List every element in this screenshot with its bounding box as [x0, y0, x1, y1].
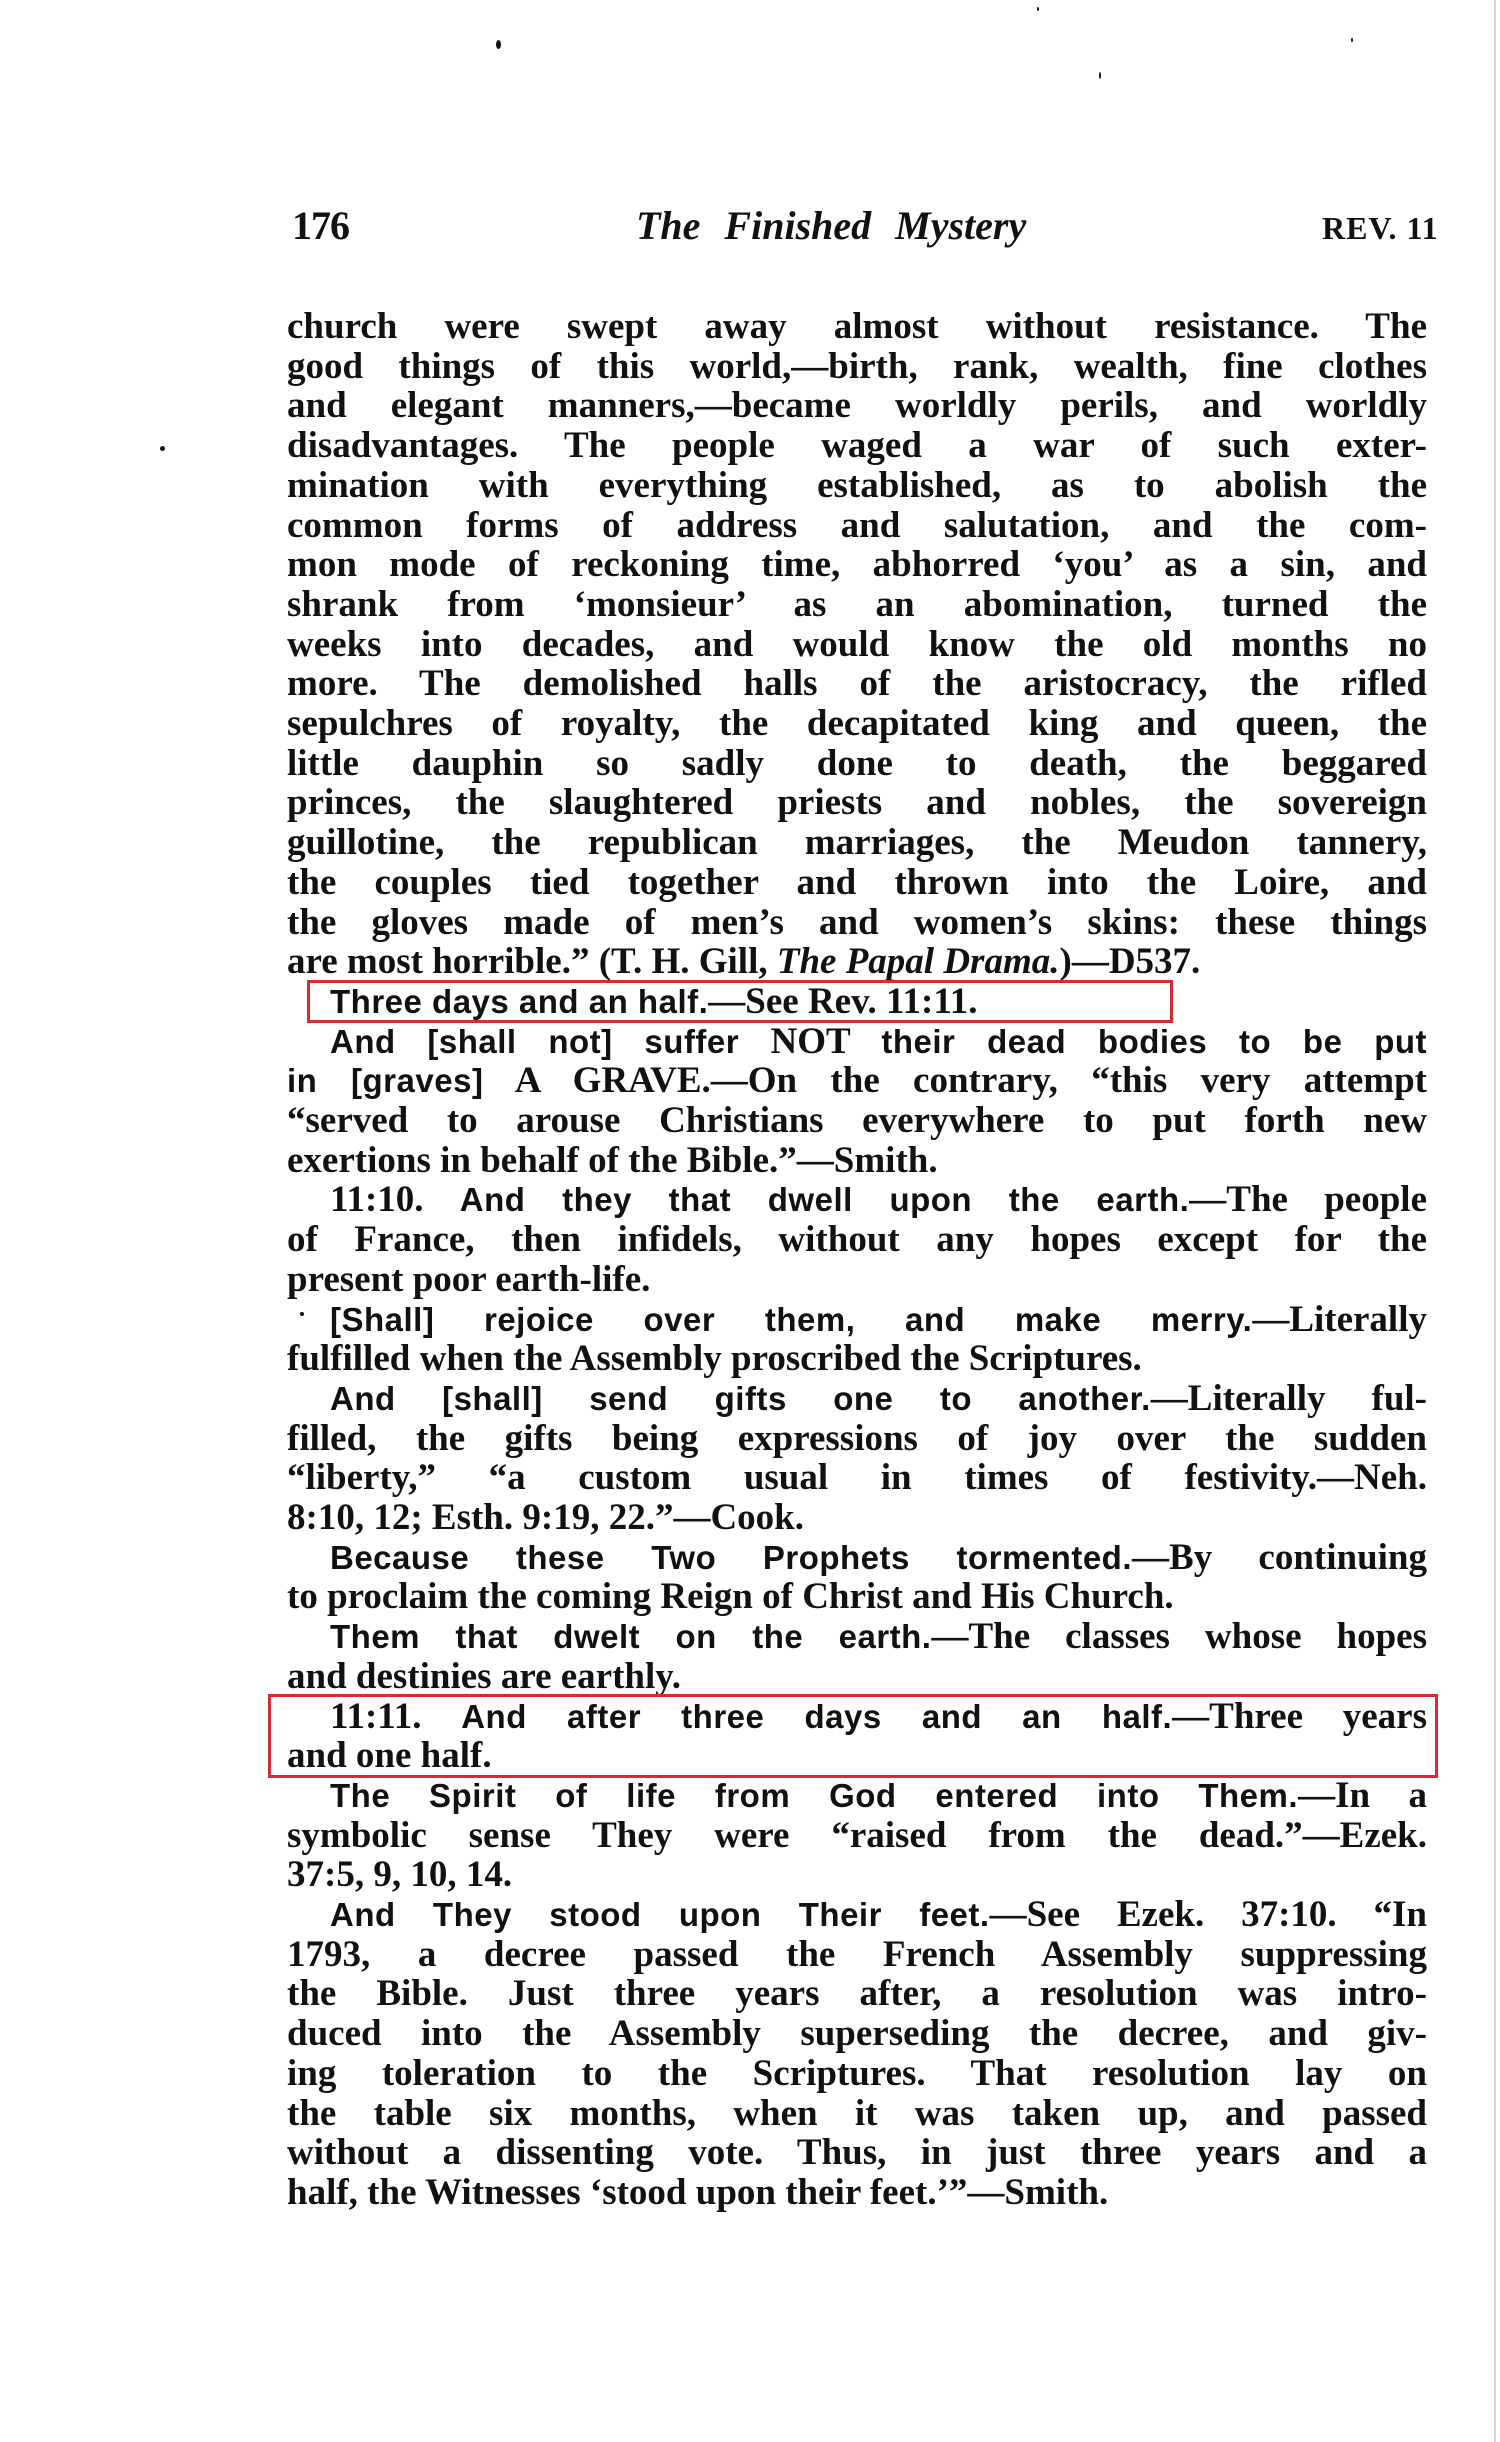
lead-phrase: [Shall] rejoice over them, and make merr… [330, 1301, 1252, 1338]
scan-speck [1351, 38, 1353, 42]
text-run: “served to arouse Christians everywhere … [287, 1100, 1427, 1141]
scan-speck [300, 1312, 304, 1316]
text-run: disadvantages. The people waged a war of… [287, 425, 1427, 466]
lead-phrase: Them that dwelt on the earth. [330, 1618, 931, 1655]
text-run: fulfilled when the Assembly proscribed t… [287, 1338, 1142, 1379]
text-line: [Shall] rejoice over them, and make merr… [330, 1300, 1427, 1340]
text-line: guillotine, the republican marriages, th… [287, 823, 1427, 863]
text-run: 8:10, 12; Esth. 9:19, 22.”—Cook. [287, 1497, 804, 1538]
text-run: mon mode of reckoning time, abhorred ‘yo… [287, 544, 1427, 585]
text-run: 11:10. [330, 1179, 460, 1220]
text-line: fulfilled when the Assembly proscribed t… [287, 1339, 1427, 1379]
text-line: And They stood upon Their feet.—See Ezek… [330, 1895, 1427, 1935]
text-line: And [shall not] suffer NOT their dead bo… [330, 1022, 1427, 1062]
text-run: common forms of address and salutation, … [287, 505, 1427, 546]
text-run: —The classes whose hopes [931, 1616, 1427, 1657]
lead-phrase: And [shall] send gifts one to another. [330, 1380, 1151, 1417]
text-line: mination with everything established, as… [287, 466, 1427, 506]
text-line: without a dissenting vote. Thus, in just… [287, 2133, 1427, 2173]
text-run: are most horrible.” (T. H. Gill, [287, 941, 777, 982]
text-run: half, the Witnesses ‘stood upon their fe… [287, 2172, 1108, 2213]
text-run: guillotine, the republican marriages, th… [287, 822, 1427, 863]
text-line: shrank from ‘monsieur’ as an abomination… [287, 585, 1427, 625]
text-line: And [shall] send gifts one to another.—L… [330, 1379, 1427, 1419]
text-line: little dauphin so sadly done to death, t… [287, 744, 1427, 784]
text-run: princes, the slaughtered priests and nob… [287, 782, 1427, 823]
text-run: —The people [1189, 1179, 1427, 1220]
text-run: little dauphin so sadly done to death, t… [287, 743, 1427, 784]
text-line: Because these Two Prophets tormented.—By… [330, 1538, 1427, 1578]
text-line: sepulchres of royalty, the decapitated k… [287, 704, 1427, 744]
text-run: ing toleration to the Scriptures. That r… [287, 2053, 1427, 2094]
highlight-box-verse-11-11 [268, 1694, 1438, 1778]
text-run: good things of this world,—birth, rank, … [287, 346, 1427, 387]
text-run: —In a [1298, 1775, 1427, 1816]
chapter-reference: REV. 11 [1322, 206, 1439, 250]
text-run: —See Ezek. 37:10. “In [990, 1894, 1427, 1935]
text-run: )—D537. [1060, 941, 1201, 982]
text-line: filled, the gifts being expressions of j… [287, 1419, 1427, 1459]
text-line: mon mode of reckoning time, abhorred ‘yo… [287, 545, 1427, 585]
text-run: and elegant manners,—became worldly peri… [287, 385, 1427, 426]
text-line: weeks into decades, and would know the o… [287, 625, 1427, 665]
scan-speck [1037, 7, 1039, 11]
lead-phrase: Because these Two Prophets tormented. [330, 1539, 1132, 1576]
text-run: the couples tied together and thrown int… [287, 862, 1427, 903]
text-line: symbolic sense They were “raised from th… [287, 1816, 1427, 1856]
text-line: are most horrible.” (T. H. Gill, The Pap… [287, 942, 1427, 982]
text-run: —Literally ful- [1151, 1378, 1427, 1419]
text-run: and destinies are earthly. [287, 1656, 681, 1697]
text-run: weeks into decades, and would know the o… [287, 624, 1427, 665]
text-run: sepulchres of royalty, the decapitated k… [287, 703, 1427, 744]
text-line: half, the Witnesses ‘stood upon their fe… [287, 2173, 1427, 2213]
text-line: 8:10, 12; Esth. 9:19, 22.”—Cook. [287, 1498, 1427, 1538]
text-line: in [graves] A GRAVE.—On the contrary, “t… [287, 1061, 1427, 1101]
text-line: and elegant manners,—became worldly peri… [287, 386, 1427, 426]
text-run: the table six months, when it was taken … [287, 2093, 1427, 2134]
text-run: mination with everything established, as… [287, 465, 1427, 506]
lead-phrase: their dead bodies to be put [881, 1023, 1427, 1060]
lead-phrase: And they that dwell upon the earth. [460, 1181, 1190, 1218]
text-line: The Spirit of life from God entered into… [330, 1776, 1427, 1816]
text-line: “liberty,” “a custom usual in times of f… [287, 1458, 1427, 1498]
text-line: “served to arouse Christians everywhere … [287, 1101, 1427, 1141]
text-run: exertions in behalf of the Bible.”—Smith… [287, 1140, 938, 1181]
text-run: symbolic sense They were “raised from th… [287, 1815, 1427, 1856]
text-run: present poor earth-life. [287, 1259, 650, 1300]
text-line: of France, then infidels, without any ho… [287, 1220, 1427, 1260]
text-run: duced into the Assembly superseding the … [287, 2013, 1427, 2054]
text-line: the Bible. Just three years after, a res… [287, 1974, 1427, 2014]
text-run: shrank from ‘monsieur’ as an abomination… [287, 584, 1427, 625]
text-line: the gloves made of men’s and women’s ski… [287, 903, 1427, 943]
text-line: present poor earth-life. [287, 1260, 1427, 1300]
lead-phrase: And [shall not] suffer [330, 1023, 739, 1060]
italic-title: The Papal Drama. [777, 941, 1060, 982]
lead-phrase: The Spirit of life from God entered into… [330, 1777, 1298, 1814]
text-run: more. The demolished halls of the aristo… [287, 663, 1427, 704]
book-page: 176 The Finished Mystery REV. 11 church … [0, 0, 1500, 2442]
scan-speck [160, 446, 165, 451]
text-line: more. The demolished halls of the aristo… [287, 664, 1427, 704]
highlight-box-three-days-reference [307, 980, 1173, 1023]
text-run: the gloves made of men’s and women’s ski… [287, 902, 1427, 943]
running-title: The Finished Mystery [636, 204, 1026, 248]
text-line: princes, the slaughtered priests and nob… [287, 783, 1427, 823]
text-run: without a dissenting vote. Thus, in just… [287, 2132, 1427, 2173]
text-line: 37:5, 9, 10, 14. [287, 1855, 1427, 1895]
text-line: duced into the Assembly superseding the … [287, 2014, 1427, 2054]
text-run: filled, the gifts being expressions of j… [287, 1418, 1427, 1459]
text-line: common forms of address and salutation, … [287, 506, 1427, 546]
page-number: 176 [292, 204, 349, 248]
text-line: Them that dwelt on the earth.—The classe… [330, 1617, 1427, 1657]
text-run: A GRAVE.—On the contrary, “this very att… [483, 1060, 1427, 1101]
text-line: exertions in behalf of the Bible.”—Smith… [287, 1141, 1427, 1181]
text-run: “liberty,” “a custom usual in times of f… [287, 1457, 1427, 1498]
text-run: NOT [739, 1021, 881, 1062]
text-run: —Literally [1252, 1299, 1427, 1340]
text-line: ing toleration to the Scriptures. That r… [287, 2054, 1427, 2094]
text-line: and destinies are earthly. [287, 1657, 1427, 1697]
page-header: 176 The Finished Mystery REV. 11 [0, 204, 1500, 248]
text-run: 37:5, 9, 10, 14. [287, 1854, 512, 1895]
text-line: church were swept away almost without re… [287, 307, 1427, 347]
text-line: good things of this world,—birth, rank, … [287, 347, 1427, 387]
text-line: 11:10. And they that dwell upon the eart… [330, 1180, 1427, 1220]
text-run: of France, then infidels, without any ho… [287, 1219, 1427, 1260]
text-line: disadvantages. The people waged a war of… [287, 426, 1427, 466]
text-run: church were swept away almost without re… [287, 306, 1427, 347]
lead-phrase: in [graves] [287, 1062, 483, 1099]
text-run: 1793, a decree passed the French Assembl… [287, 1934, 1427, 1975]
text-run: to proclaim the coming Reign of Christ a… [287, 1576, 1174, 1617]
scan-speck [496, 40, 501, 49]
text-line: 1793, a decree passed the French Assembl… [287, 1935, 1427, 1975]
text-run: the Bible. Just three years after, a res… [287, 1973, 1427, 2014]
text-line: the table six months, when it was taken … [287, 2094, 1427, 2134]
lead-phrase: And They stood upon Their feet. [330, 1896, 990, 1933]
text-run: —By continuing [1132, 1537, 1427, 1578]
scan-edge-line [1494, 0, 1496, 2442]
text-line: the couples tied together and thrown int… [287, 863, 1427, 903]
text-line: to proclaim the coming Reign of Christ a… [287, 1577, 1427, 1617]
scan-speck [1099, 72, 1101, 79]
